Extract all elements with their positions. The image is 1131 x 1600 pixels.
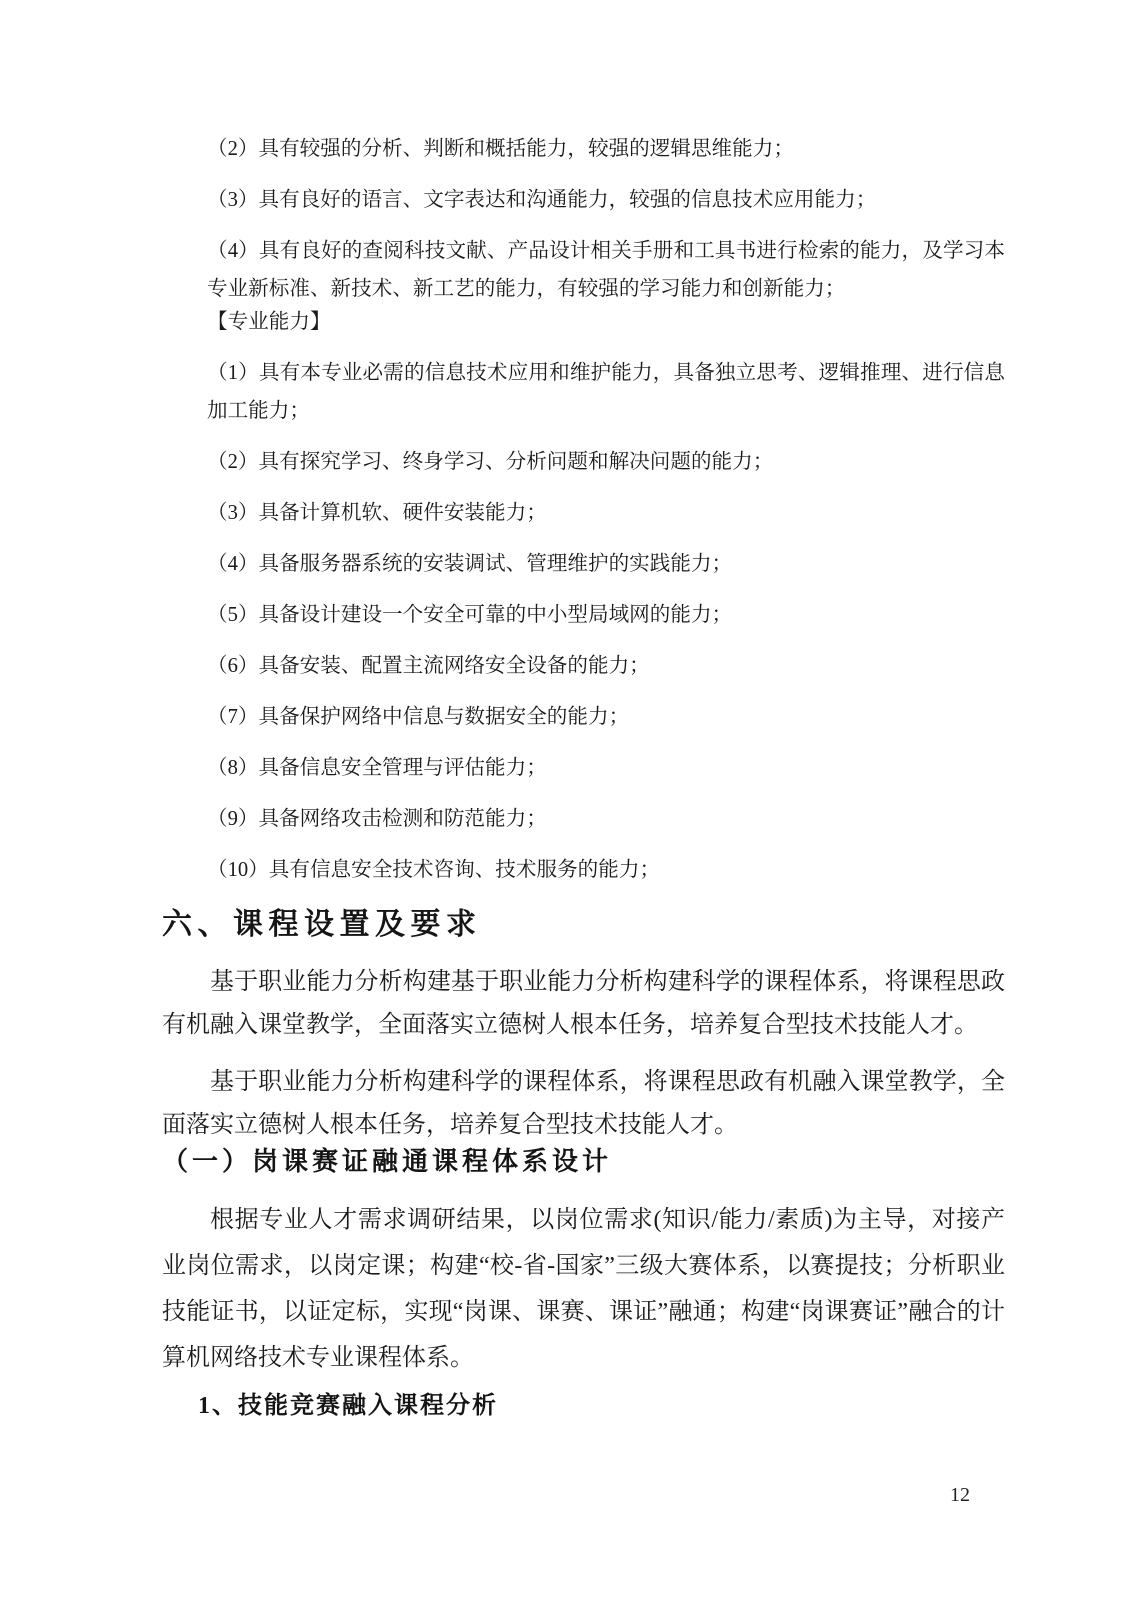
list-item: （1）具有本专业必需的信息技术应用和维护能力，具备独立思考、逻辑推理、进行信息加… [207, 354, 1005, 430]
page-content: （2）具有较强的分析、判断和概括能力，较强的逻辑思维能力； （3）具有良好的语言… [162, 0, 1005, 1426]
list-item: （7）具备保护网络中信息与数据安全的能力； [207, 698, 1005, 736]
paragraph: 根据专业人才需求调研结果，以岗位需求(知识/能力/素质)为主导，对接产业岗位需求… [162, 1197, 1005, 1381]
list-item: （4）具有良好的查阅科技文献、产品设计相关手册和工具书进行检索的能力，及学习本专… [207, 232, 1005, 308]
paragraph: 基于职业能力分析构建基于职业能力分析构建科学的课程体系，将课程思政有机融入课堂教… [162, 961, 1005, 1047]
list-item: （3）具有良好的语言、文字表达和沟通能力，较强的信息技术应用能力； [207, 181, 1005, 219]
document-page: （2）具有较强的分析、判断和概括能力，较强的逻辑思维能力； （3）具有良好的语言… [0, 0, 1131, 1600]
subsection-heading: （一）岗课赛证融通课程体系设计 [162, 1141, 1005, 1181]
paragraph: 基于职业能力分析构建科学的课程体系，将课程思政有机融入课堂教学，全面落实立德树人… [162, 1061, 1005, 1147]
list-item: （6）具备安装、配置主流网络安全设备的能力； [207, 647, 1005, 685]
list-item: （4）具备服务器系统的安装调试、管理维护的实践能力； [207, 545, 1005, 583]
list-item: （9）具备网络攻击检测和防范能力； [207, 800, 1005, 838]
professional-ability-label: 【专业能力】 [207, 303, 1005, 341]
list-item: （8）具备信息安全管理与评估能力； [207, 749, 1005, 787]
ability-list: （2）具有较强的分析、判断和概括能力，较强的逻辑思维能力； （3）具有良好的语言… [207, 0, 1005, 889]
list-item: （2）具有探究学习、终身学习、分析问题和解决问题的能力； [207, 443, 1005, 481]
section-heading: 六、课程设置及要求 [162, 905, 1005, 945]
list-item: （5）具备设计建设一个安全可靠的中小型局域网的能力； [207, 596, 1005, 634]
list-item: （10）具有信息安全技术咨询、技术服务的能力； [207, 851, 1005, 889]
page-number: 12 [950, 1483, 970, 1507]
subsubsection-heading: 1、技能竞赛融入课程分析 [198, 1386, 1005, 1426]
list-item: （2）具有较强的分析、判断和概括能力，较强的逻辑思维能力； [207, 130, 1005, 168]
list-item: （3）具备计算机软、硬件安装能力； [207, 494, 1005, 532]
